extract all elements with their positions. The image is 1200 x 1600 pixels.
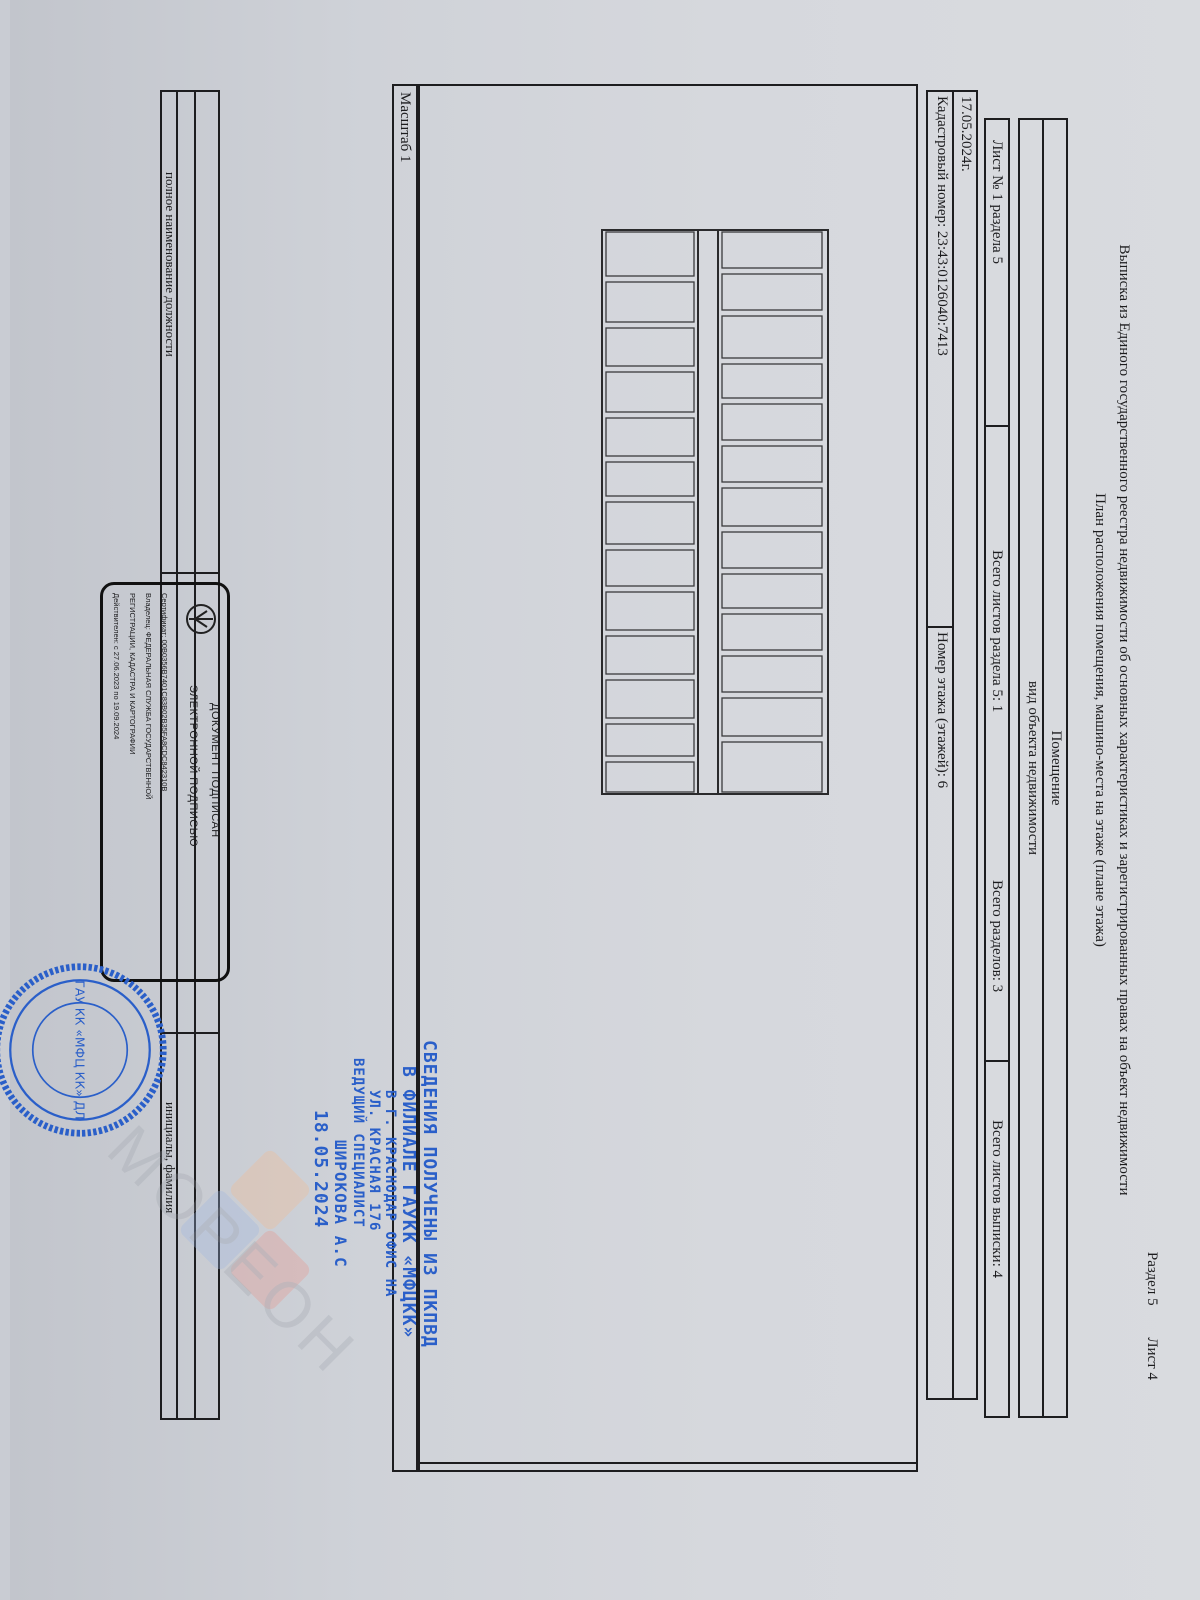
seal-text: ГАУ КК «МФЦ КК» ДЛ [73,980,87,1119]
sheet-info-row: Лист № 1 раздела 5 Всего листов раздела … [984,118,1010,1418]
sheets-in-section: Всего листов раздела 5: 1 [988,550,1005,712]
cadastral-number: Кадастровый номер: 23:43:0126040:7413 [933,96,950,356]
esig-line2: ЭЛЕКТРОННОЙ ПОДПИСЬЮ [187,685,199,847]
document-subtitle: План расположения помещения, машино-мест… [1091,0,1108,1440]
sheet-label: Лист 4 [1144,1337,1160,1380]
stamp-line2: В ФИЛИАЛЕ ГАУКК «МФЦКК» [398,1066,419,1348]
object-kind-caption: вид объекта недвижимости [1024,120,1041,1416]
sheet-number: Лист № 1 раздела 5 [988,140,1005,264]
total-sections: Всего разделов: 3 [988,880,1005,992]
document-title: Выписка из Единого государственного реес… [1115,0,1132,1440]
stamp-line4: УЛ. КРАСНАЯ 176 [366,1090,382,1348]
stamp-line1: СВЕДЕНИЯ ПОЛУЧЕНЫ ИЗ ПКПВД [419,1040,440,1348]
esig-owner-line1: Владелец: ФЕДЕРАЛЬНАЯ СЛУЖБА ГОСУДАРСТВЕ… [144,593,153,800]
extract-date: 17.05.2024г. [957,96,974,172]
floor-number: Номер этажа (этажей): 6 [933,632,950,788]
stamp-line3: В Г. КРАСНОДАР ОФИС НА [382,1090,398,1348]
section-label: Раздел 5 [1144,1252,1160,1306]
object-name: Помещение [1047,120,1064,1416]
extract-page: Раздел 5 Лист 4 Выписка из Единого госуд… [10,0,1200,1600]
object-kind-table: Помещение вид объекта недвижимости [1018,118,1068,1418]
esig-valid: Действителен: с 27.06.2023 по 19.09.2024 [112,593,121,739]
scale-label: Масштаб 1 [396,92,413,162]
floor-plan-svg [600,228,830,796]
electronic-signature-box: ДОКУМЕНТ ПОДПИСАН ЭЛЕКТРОННОЙ ПОДПИСЬЮ С… [100,582,230,982]
watermark-logo: МОРЕОН [70,1130,330,1430]
page-header: Раздел 5 Лист 4 [1143,1224,1160,1380]
emblem-icon [181,599,221,639]
esig-certificate: Сертификат: 00B0356B7401C83B02B35FA8CDC8… [160,593,169,791]
position-caption: полное наименование должности [162,172,178,357]
total-sheets: Всего листов выписки: 4 [988,1120,1005,1278]
floor-plan-drawing [600,228,830,796]
esig-owner-line2: РЕГИСТРАЦИИ, КАДАСТРА И КАРТОГРАФИИ [128,593,137,754]
stamp-line5: ВЕДУЩИЙ СПЕЦИАЛИСТ [350,1058,366,1348]
esig-line1: ДОКУМЕНТ ПОДПИСАН [209,703,221,838]
date-cadastral-table: 17.05.2024г. Кадастровый номер: 23:43:01… [926,90,978,1400]
document-photo: Раздел 5 Лист 4 Выписка из Единого госуд… [10,0,1200,1600]
